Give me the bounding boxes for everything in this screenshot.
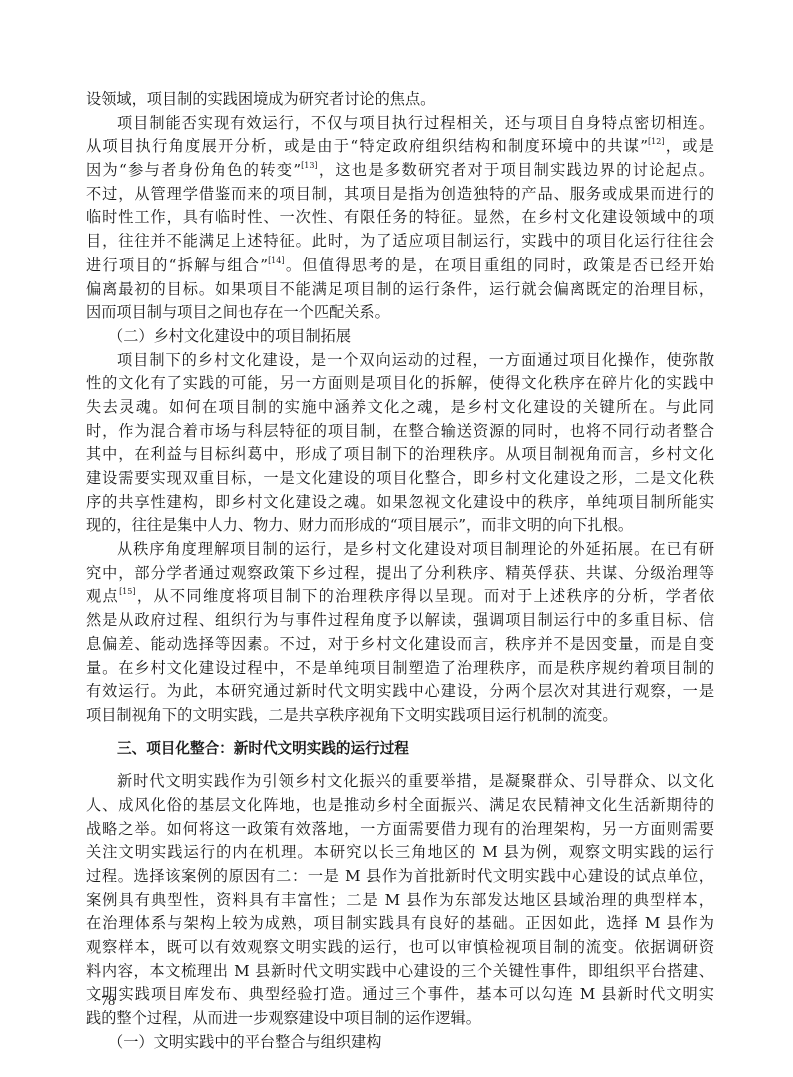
citation-ref: [13] xyxy=(301,161,317,170)
text-line: 临时性工作，具有临时性、一次性、有限任务的特征。显然，在乡村文化建设领域中的项 xyxy=(86,206,714,230)
text-line: 关注文明实践运行的内在机理。本研究以长三角地区的 M 县为例，观察文明实践的运行 xyxy=(86,841,714,865)
text-line: 在治理体系与架构上较为成熟，项目制实践具有良好的基础。正因如此，选择 M 县作为 xyxy=(86,912,714,936)
text-span: 从项目执行角度展开分析，或是由于“特定政府组织结构和制度环境中的共谋” xyxy=(86,137,648,155)
text-line: 建设需要实现双重目标，一是文化建设的项目化整合，即乡村文化建设之形，二是文化秩 xyxy=(86,467,714,491)
paragraph: 项目制能否实现有效运行，不仅与项目执行过程相关，还与项目自身特点密切相连。 从项… xyxy=(86,112,714,325)
text-line: 序的共享性建构，即乡村文化建设之魂。如果忽视文化建设中的秩序，单纯项目制所能实 xyxy=(86,491,714,515)
text-line: 从秩序角度理解项目制的运行，是乡村文化建设对项目制理论的外延拓展。在已有研 xyxy=(86,538,714,562)
text-line: 过程。选择该案例的原因有二：一是 M 县作为首批新时代文明实践中心建设的试点单位… xyxy=(86,865,714,889)
subsection-heading: （二）乡村文化建设中的项目制拓展 xyxy=(86,325,714,349)
citation-ref: [14] xyxy=(268,256,284,265)
text-line: 时，作为混合着市场与科层特征的项目制，在整合输送资源的同时，也将不同行动者整合 xyxy=(86,420,714,444)
text-span: 进行项目的“拆解与组合” xyxy=(86,256,268,274)
text-line: 不过，从管理学借鉴而来的项目制，其项目是指为创造独特的产品、服务或成果而进行的 xyxy=(86,183,714,207)
text-line: 然是从政府过程、组织行为与事件过程角度予以解读，强调项目制运行中的多重目标、信 xyxy=(86,609,714,633)
text-line: 目，往往并不能满足上述特征。此时，为了适应项目制运行，实践中的项目化运行往往会 xyxy=(86,230,714,254)
citation-ref: [12] xyxy=(648,137,664,146)
text-line: 究中，部分学者通过观察政策下乡过程，提出了分利秩序、精英俘获、共谋、分级治理等 xyxy=(86,562,714,586)
text-span: ，从不同维度将项目制下的治理秩序得以呈现。而对于上述秩序的分析，学者依 xyxy=(135,587,714,605)
text-line: 其中，在利益与目标纠葛中，形成了项目制下的治理秩序。从项目制视角而言，乡村文化 xyxy=(86,443,714,467)
text-line: 战略之举。如何将这一政策有效落地，一方面需要借力现有的治理架构，另一方面则需要 xyxy=(86,818,714,842)
text-line: 有效运行。为此，本研究通过新时代文明实践中心建设，分两个层次对其进行观察，一是 xyxy=(86,680,714,704)
text-span: 。但值得思考的是，在项目重组的同时，政策是否已经开始 xyxy=(284,256,714,274)
paragraph: 项目制下的乡村文化建设，是一个双向运动的过程，一方面通过项目化操作，使弥散 性的… xyxy=(86,349,714,539)
text-line: 践的整个过程，从而进一步观察建设中项目制的运作逻辑。 xyxy=(86,1007,714,1031)
text-line: 文明实践项目库发布、典型经验打造。通过三个事件，基本可以勾连 M 县新时代文明实 xyxy=(86,983,714,1007)
text-line: 项目制下的乡村文化建设，是一个双向运动的过程，一方面通过项目化操作，使弥散 xyxy=(86,349,714,373)
text-line: 进行项目的“拆解与组合”[14]。但值得思考的是，在项目重组的同时，政策是否已经… xyxy=(86,254,714,278)
text-line: 量。在乡村文化建设过程中，不是单纯项目制塑造了治理秩序，而是秩序规约着项目制的 xyxy=(86,657,714,681)
paper-page-body: 设领域，项目制的实践困境成为研究者讨论的焦点。 项目制能否实现有效运行，不仅与项… xyxy=(86,88,714,1055)
text-line: 性的文化有了实践的可能，另一方面则是项目化的拆解，使得文化秩序在碎片化的实践中 xyxy=(86,372,714,396)
citation-ref: [15] xyxy=(119,587,135,596)
page-number: · 78 · xyxy=(93,994,123,1010)
text-span: 因为“参与者身份角色的转变” xyxy=(86,161,301,179)
paragraph: 从秩序角度理解项目制的运行，是乡村文化建设对项目制理论的外延拓展。在已有研 究中… xyxy=(86,538,714,728)
subsection-heading: （一）文明实践中的平台整合与组织建构 xyxy=(86,1031,714,1055)
text-line: 失去灵魂。如何在项目制的实施中涵养文化之魂，是乡村文化建设的关键所在。与此同 xyxy=(86,396,714,420)
text-line: 因而项目制与项目之间也存在一个匹配关系。 xyxy=(86,301,714,325)
text-line: 观点[15]，从不同维度将项目制下的治理秩序得以呈现。而对于上述秩序的分析，学者… xyxy=(86,585,714,609)
text-span: ，或是 xyxy=(664,137,714,155)
text-span: ，这也是多数研究者对于项目制实践边界的讨论起点。 xyxy=(318,161,714,179)
text-line: 设领域，项目制的实践困境成为研究者讨论的焦点。 xyxy=(86,88,714,112)
text-line: 新时代文明实践作为引领乡村文化振兴的重要举措，是凝聚群众、引导群众、以文化 xyxy=(86,770,714,794)
text-line: 现的，往往是集中人力、物力、财力而形成的“项目展示”，而非文明的向下扎根。 xyxy=(86,514,714,538)
text-line: 料内容，本文梳理出 M 县新时代文明实践中心建设的三个关键性事件，即组织平台搭建… xyxy=(86,960,714,984)
text-line: 因为“参与者身份角色的转变”[13]，这也是多数研究者对于项目制实践边界的讨论起… xyxy=(86,159,714,183)
text-line: 人、成风化俗的基层文化阵地，也是推动乡村全面振兴、满足农民精神文化生活新期待的 xyxy=(86,794,714,818)
paragraph: 设领域，项目制的实践困境成为研究者讨论的焦点。 xyxy=(86,88,714,112)
text-line: 观察样本，既可以有效观察文明实践的运行，也可以审慎检视项目制的流变。依据调研资 xyxy=(86,936,714,960)
section-heading: 三、项目化整合：新时代文明实践的运行过程 xyxy=(86,737,714,761)
text-line: 项目制能否实现有效运行，不仅与项目执行过程相关，还与项目自身特点密切相连。 xyxy=(86,112,714,136)
text-line: 案例具有典型性，资料具有丰富性；二是 M 县作为东部发达地区县域治理的典型样本， xyxy=(86,889,714,913)
text-line: 项目制视角下的文明实践，二是共享秩序视角下文明实践项目运行机制的流变。 xyxy=(86,704,714,728)
paragraph: 新时代文明实践作为引领乡村文化振兴的重要举措，是凝聚群众、引导群众、以文化 人、… xyxy=(86,770,714,1031)
text-line: 偏离最初的目标。如果项目不能满足项目制的运行条件，运行就会偏离既定的治理目标， xyxy=(86,278,714,302)
text-line: 从项目执行角度展开分析，或是由于“特定政府组织结构和制度环境中的共谋”[12]，… xyxy=(86,135,714,159)
text-span: 观点 xyxy=(86,587,119,605)
text-line: 息偏差、能动选择等因素。不过，对于乡村文化建设而言，秩序并不是因变量，而是自变 xyxy=(86,633,714,657)
